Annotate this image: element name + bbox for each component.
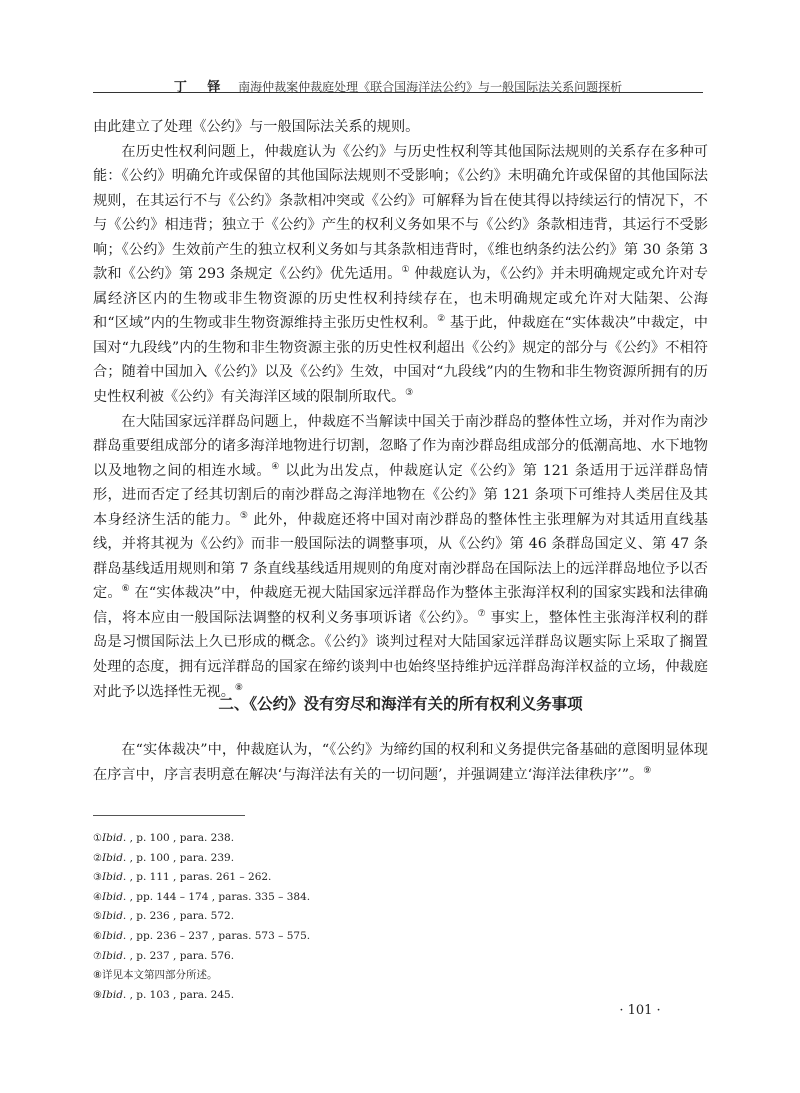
footnote-mark: ⑥ bbox=[93, 931, 102, 942]
footnote-text: , p. 236 , para. 572. bbox=[126, 910, 234, 922]
footnote-mark: ② bbox=[93, 853, 102, 864]
header-rule bbox=[93, 92, 703, 93]
footnote-text: 详见本文第四部分所述。 bbox=[102, 969, 218, 981]
paragraph-text: 在“实体裁决”中，仲裁庭认为，“《公约》为缔约国的权利和义务提供完备基础的意图明… bbox=[93, 742, 708, 783]
footnote-2: ②Ibid. , p. 100 , para. 239. bbox=[93, 849, 493, 869]
footnote-4: ④Ibid. , pp. 144 – 174 , paras. 335 – 38… bbox=[93, 888, 493, 908]
footnote-text: , p. 103 , para. 245. bbox=[126, 989, 234, 1001]
footnote-1: ①Ibid. , p. 100 , para. 238. bbox=[93, 829, 493, 849]
footnote-text: , pp. 236 – 237 , paras. 573 – 575. bbox=[126, 930, 310, 942]
footnote-ref-6[interactable]: ⑥ bbox=[122, 584, 130, 594]
footnote-text: , p. 237 , para. 576. bbox=[126, 950, 234, 962]
footnote-text: , p. 100 , para. 239. bbox=[126, 852, 234, 864]
footnote-ref-1[interactable]: ① bbox=[402, 265, 410, 275]
paragraph-3: 在大陆国家远洋群岛问题上，仲裁庭不当解读中国关于南沙群岛的整体性立场，并对作为南… bbox=[93, 410, 708, 705]
footnote-mark: ① bbox=[93, 833, 102, 844]
footnote-ref-9[interactable]: ⑨ bbox=[643, 766, 651, 776]
paragraph-text: 由此建立了处理《公约》与一般国际法关系的规则。 bbox=[93, 119, 419, 135]
footnote-ref-4[interactable]: ④ bbox=[271, 462, 280, 472]
footnote-ibid: Ibid. bbox=[102, 989, 126, 1001]
footnote-8: ⑧详见本文第四部分所述。 bbox=[93, 966, 493, 986]
footnote-ibid: Ibid. bbox=[102, 930, 126, 942]
footnote-7: ⑦Ibid. , p. 237 , para. 576. bbox=[93, 947, 493, 967]
paragraph-2: 在历史性权利问题上，仲裁庭认为《公约》与历史性权利等其他国际法规则的关系存在多种… bbox=[93, 140, 708, 410]
footnote-mark: ⑤ bbox=[93, 911, 102, 922]
footnote-9: ⑨Ibid. , p. 103 , para. 245. bbox=[93, 986, 493, 1006]
footnote-ibid: Ibid. bbox=[102, 832, 126, 844]
document-page: 丁 铎 南海仲裁案仲裁庭处理《联合国海洋法公约》与一般国际法关系问题探析 由此建… bbox=[0, 0, 800, 1093]
footnote-mark: ④ bbox=[93, 892, 102, 903]
footnote-ref-3[interactable]: ③ bbox=[405, 388, 413, 398]
paragraph-1: 由此建立了处理《公约》与一般国际法关系的规则。 bbox=[93, 115, 708, 140]
footnote-mark: ⑦ bbox=[93, 951, 102, 962]
paragraph-4: 在“实体裁决”中，仲裁庭认为，“《公约》为缔约国的权利和义务提供完备基础的意图明… bbox=[93, 738, 708, 787]
footnote-6: ⑥Ibid. , pp. 236 – 237 , paras. 573 – 57… bbox=[93, 927, 493, 947]
footnotes: ①Ibid. , p. 100 , para. 238. ②Ibid. , p.… bbox=[93, 829, 493, 1005]
section-heading: 二、《公约》没有穷尽和海洋有关的所有权利义务事项 bbox=[93, 692, 708, 714]
footnote-ibid: Ibid. bbox=[102, 950, 126, 962]
footnote-ibid: Ibid. bbox=[102, 910, 126, 922]
footnote-ibid: Ibid. bbox=[102, 852, 126, 864]
footnote-text: , p. 100 , para. 238. bbox=[126, 832, 234, 844]
footnote-ibid: Ibid. bbox=[102, 871, 126, 883]
footnote-mark: ⑨ bbox=[93, 990, 102, 1001]
footnote-text: , pp. 144 – 174 , paras. 335 – 384. bbox=[126, 891, 310, 903]
body-text: 由此建立了处理《公约》与一般国际法关系的规则。 在历史性权利问题上，仲裁庭认为《… bbox=[93, 115, 708, 704]
footnote-5: ⑤Ibid. , p. 236 , para. 572. bbox=[93, 907, 493, 927]
footnote-ibid: Ibid. bbox=[102, 891, 126, 903]
footnote-3: ③Ibid. , p. 111 , paras. 261 – 262. bbox=[93, 868, 493, 888]
page-number: · 101 · bbox=[600, 1003, 680, 1018]
footnote-mark: ③ bbox=[93, 872, 102, 883]
footnote-separator bbox=[93, 815, 245, 816]
footnote-text: , p. 111 , paras. 261 – 262. bbox=[126, 871, 271, 883]
footnote-mark: ⑧ bbox=[93, 970, 102, 981]
paragraph-text: 在历史性权利问题上，仲裁庭认为《公约》与历史性权利等其他国际法规则的关系存在多种… bbox=[93, 144, 708, 283]
footnote-ref-7[interactable]: ⑦ bbox=[478, 609, 486, 619]
section-body: 在“实体裁决”中，仲裁庭认为，“《公约》为缔约国的权利和义务提供完备基础的意图明… bbox=[93, 738, 708, 787]
